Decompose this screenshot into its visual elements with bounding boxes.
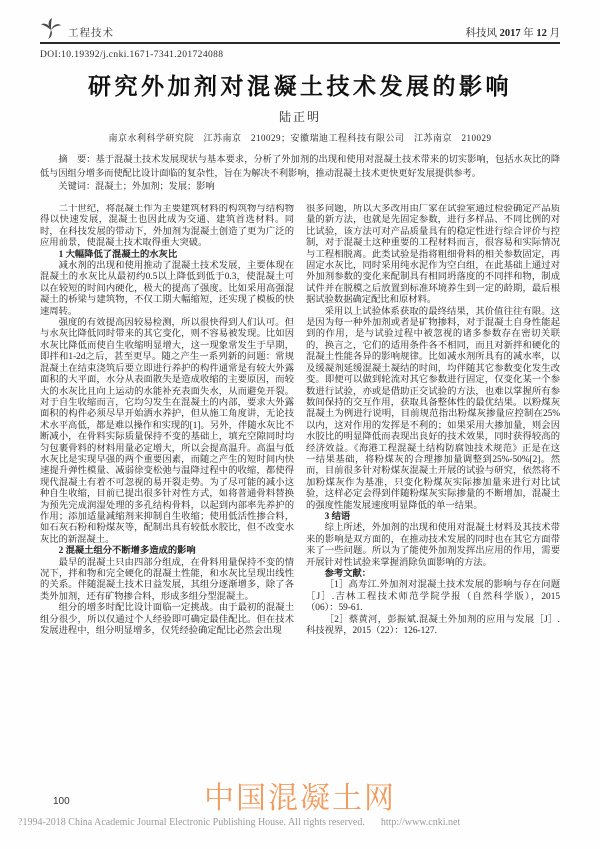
cnki-url: http://www.cnki.net [381, 817, 460, 828]
page-header: 工程技术 科技风 2017 年 12 月 [40, 18, 560, 40]
paragraph: 综上所述，外加剂的出现和使用对混凝土材料及其技术带来的影响是双方面的，在推动技术… [306, 523, 560, 569]
author-name: 陆正明 [0, 108, 600, 125]
paper-title: 研究外加剂对混凝土技术发展的影响 [0, 68, 600, 101]
journal-logo-icon [40, 18, 62, 40]
section-heading-3: 3 结语 [306, 512, 560, 523]
issue-year: 2017 [500, 28, 521, 39]
issue-name: 科技风 [466, 28, 498, 39]
reference-item: ［2］蔡黄河，彭振斌.混凝土外加剂的应用与发展［J］.科技视界，2015（22）… [306, 615, 560, 638]
abstract-text: 基于混凝土技术发展现状与基本要求，分析了外加剂的出现和使用对混凝土技术带来的切实… [40, 154, 560, 178]
journal-issue: 科技风 2017 年 12 月 [466, 25, 561, 40]
abstract-label: 摘 要： [58, 154, 95, 164]
header-divider [40, 42, 560, 44]
paragraph: 强度的有效提高因较易检测，所以很快得到人们认可。但与水灰比降低同时带来的其它变化… [40, 318, 294, 546]
paragraph-continuation: 很多问题，所以大多改用由厂家在试验室通过检验确定产品质量的新方法，也就是先固定参… [306, 204, 560, 307]
doi-text: DOI:10.19392/j.cnki.1671-7341.201724088 [40, 50, 223, 60]
paragraph: 减水剂的出现和使用推动了混凝土技术发展，主要体现在混凝土的水灰比从最初约0.5以… [40, 261, 294, 318]
issue-month: 12 [536, 28, 547, 39]
references-heading: 参考文献： [306, 569, 560, 580]
issue-month-unit: 月 [550, 28, 561, 39]
watermark-text: 中国混凝土网 [0, 773, 600, 817]
reference-item: ［1］高寿江.外加剂对混凝土技术发展的影响与存在问题［J］.吉林工程技术师范学院… [306, 580, 560, 614]
paragraph: 采用以上试验体系获取的最终结果，其价值往往有限。这是因为每一种外加剂或者是矿物掺… [306, 307, 560, 512]
paragraph: 最早的混凝土只由四部分组成，在骨料用量保持不变的情况下，拌和物和完全硬化的混凝土… [40, 558, 294, 604]
section-heading-1: 1 大幅降低了混凝土的水灰比 [40, 250, 294, 261]
right-column: 很多问题，所以大多改用由厂家在试验室通过检验确定产品质量的新方法，也就是先固定参… [306, 204, 560, 662]
body-columns: 二十世纪，将混凝土作为主要建筑材料的构筑物与结构物得以快速发展，混凝土也因此成为… [40, 204, 560, 662]
paragraph: 二十世纪，将混凝土作为主要建筑材料的构筑物与结构物得以快速发展，混凝土也因此成为… [40, 204, 294, 250]
keywords-line: 关键词：混凝土；外加剂；发展；影响 [40, 180, 560, 194]
abstract-paragraph: 摘 要：基于混凝土技术发展现状与基本要求，分析了外加剂的出现和使用对混凝土技术带… [40, 153, 560, 180]
abstract-block: 摘 要：基于混凝土技术发展现状与基本要求，分析了外加剂的出现和使用对混凝土技术带… [40, 153, 560, 194]
paper-page: 工程技术 科技风 2017 年 12 月 DOI:10.19392/j.cnki… [0, 0, 600, 849]
paragraph: 组分的增多时配比设计面临一定挑战。由于最初的混凝土组分很少，所以仅通过个人经验即… [40, 603, 294, 637]
section-heading-2: 2 混凝土组分不断增多造成的影响 [40, 546, 294, 557]
header-left: 工程技术 [40, 18, 114, 40]
left-column: 二十世纪，将混凝土作为主要建筑材料的构筑物与结构物得以快速发展，混凝土也因此成为… [40, 204, 294, 662]
keywords-label: 关键词： [58, 181, 95, 191]
copyright-text: ?1994-2018 China Academic Journal Electr… [18, 817, 365, 828]
keywords-text: 混凝土；外加剂；发展；影响 [95, 181, 214, 191]
issue-year-unit: 年 [523, 28, 534, 39]
copyright-line: ?1994-2018 China Academic Journal Electr… [18, 817, 460, 828]
journal-section-label: 工程技术 [68, 25, 114, 40]
affiliation-line: 南京水利科学研究院 江苏南京 210029；安徽瑞迪工程科技有限公司 江苏南京 … [0, 131, 600, 144]
